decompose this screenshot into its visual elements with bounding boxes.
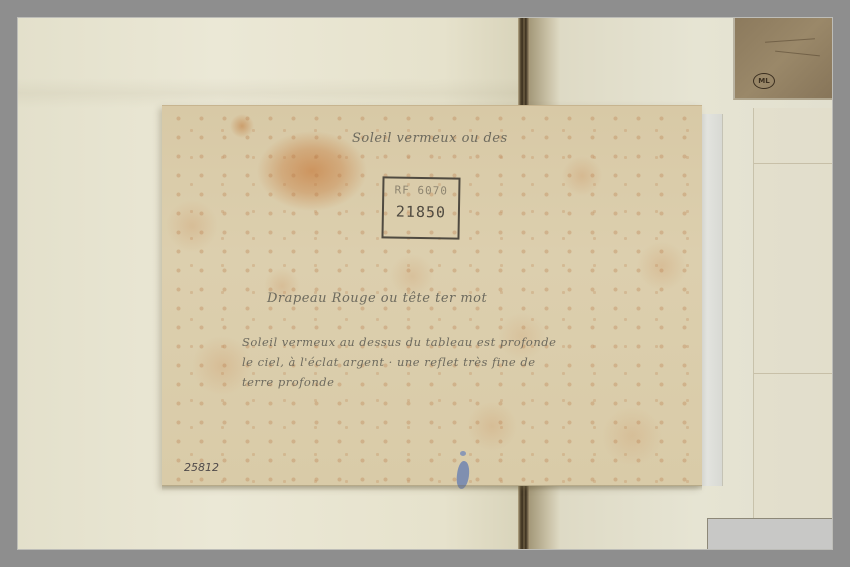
right-page-panel	[753, 108, 832, 538]
inventory-number: 25812	[184, 461, 219, 474]
sheet-shadow	[162, 485, 702, 491]
card-scratch	[765, 38, 815, 42]
annotation-body-line: terre profonde	[242, 372, 556, 392]
collector-mark-stamp: ML	[753, 73, 775, 89]
stamp-line-number: 21850	[384, 202, 458, 221]
adjacent-card-corner: ML	[733, 18, 832, 100]
photo-frame: ML Soleil vermeux ou des RF 6070 21850 D…	[18, 18, 832, 549]
annotation-body-line: le ciel, à l'éclat argent · une reflet t…	[242, 352, 556, 372]
mounted-drawing-sheet: Soleil vermeux ou des RF 6070 21850 Drap…	[162, 105, 702, 486]
annotation-body: Soleil vermeux au dessus du tableau est …	[242, 332, 556, 392]
card-scratch	[775, 51, 820, 57]
grey-card-edge	[707, 518, 832, 549]
annotation-body-line: Soleil vermeux au dessus du tableau est …	[242, 332, 556, 352]
panel-crease	[754, 373, 832, 374]
stamp-line-rf: RF 6070	[384, 183, 458, 197]
annotation-line-2: Drapeau Rouge ou tête ter mot	[267, 291, 487, 306]
panel-crease	[754, 163, 832, 164]
annotation-title: Soleil vermeux ou des	[352, 131, 508, 146]
inventory-stamp: RF 6070 21850	[381, 176, 460, 239]
blue-ink-spot-small	[460, 451, 466, 456]
